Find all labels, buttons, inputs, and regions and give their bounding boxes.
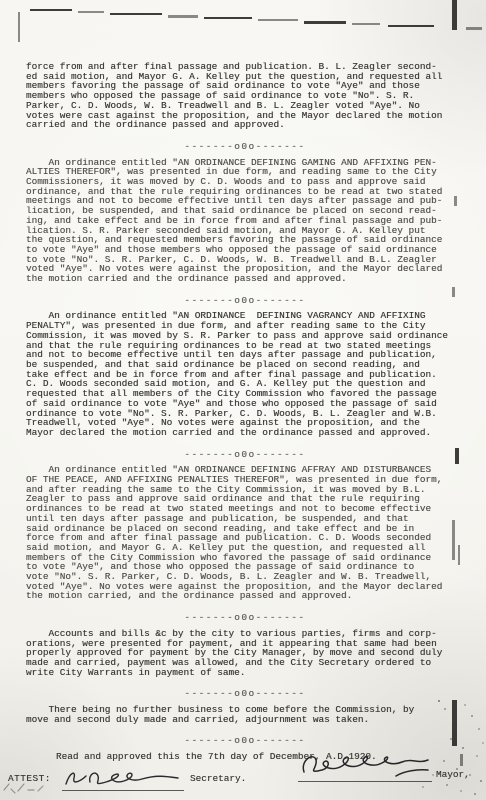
minutes-text-column: force from and after final passage and p… xyxy=(26,62,464,798)
section-separator: -------o0o------- xyxy=(26,613,464,623)
paragraph-vagrancy-ordinance: An ordinance entitled "AN ORDINANCE DEFI… xyxy=(26,311,464,437)
section-separator: -------o0o------- xyxy=(26,142,464,152)
scanned-minutes-page: force from and after final passage and p… xyxy=(0,0,486,800)
paragraph-gaming-ordinance: An ordinance entitled "AN ORDINANCE DEFI… xyxy=(26,158,464,284)
secretary-title-label: Secretary. xyxy=(190,774,246,784)
paragraph-ordinance-vote-continuation: force from and after final passage and p… xyxy=(26,62,464,130)
section-separator: -------o0o------- xyxy=(26,450,464,460)
paragraph-affray-ordinance: An ordinance entitled "AN ORDINANCE DEFI… xyxy=(26,465,464,601)
section-separator: -------o0o------- xyxy=(26,296,464,306)
attest-label: ATTEST: xyxy=(8,774,51,784)
section-separator: -------o0o------- xyxy=(26,736,464,746)
section-separator: -------o0o------- xyxy=(26,689,464,699)
mayor-signature xyxy=(298,750,432,782)
signature-block: ATTEST: Secretary. Mayor, xyxy=(26,764,464,798)
paragraph-adjournment: There being no further business to come … xyxy=(26,705,464,724)
paragraph-accounts-bills: Accounts and bills &c by the city to var… xyxy=(26,629,464,678)
mayor-title-label: Mayor, xyxy=(436,770,470,780)
secretary-signature xyxy=(62,766,184,791)
